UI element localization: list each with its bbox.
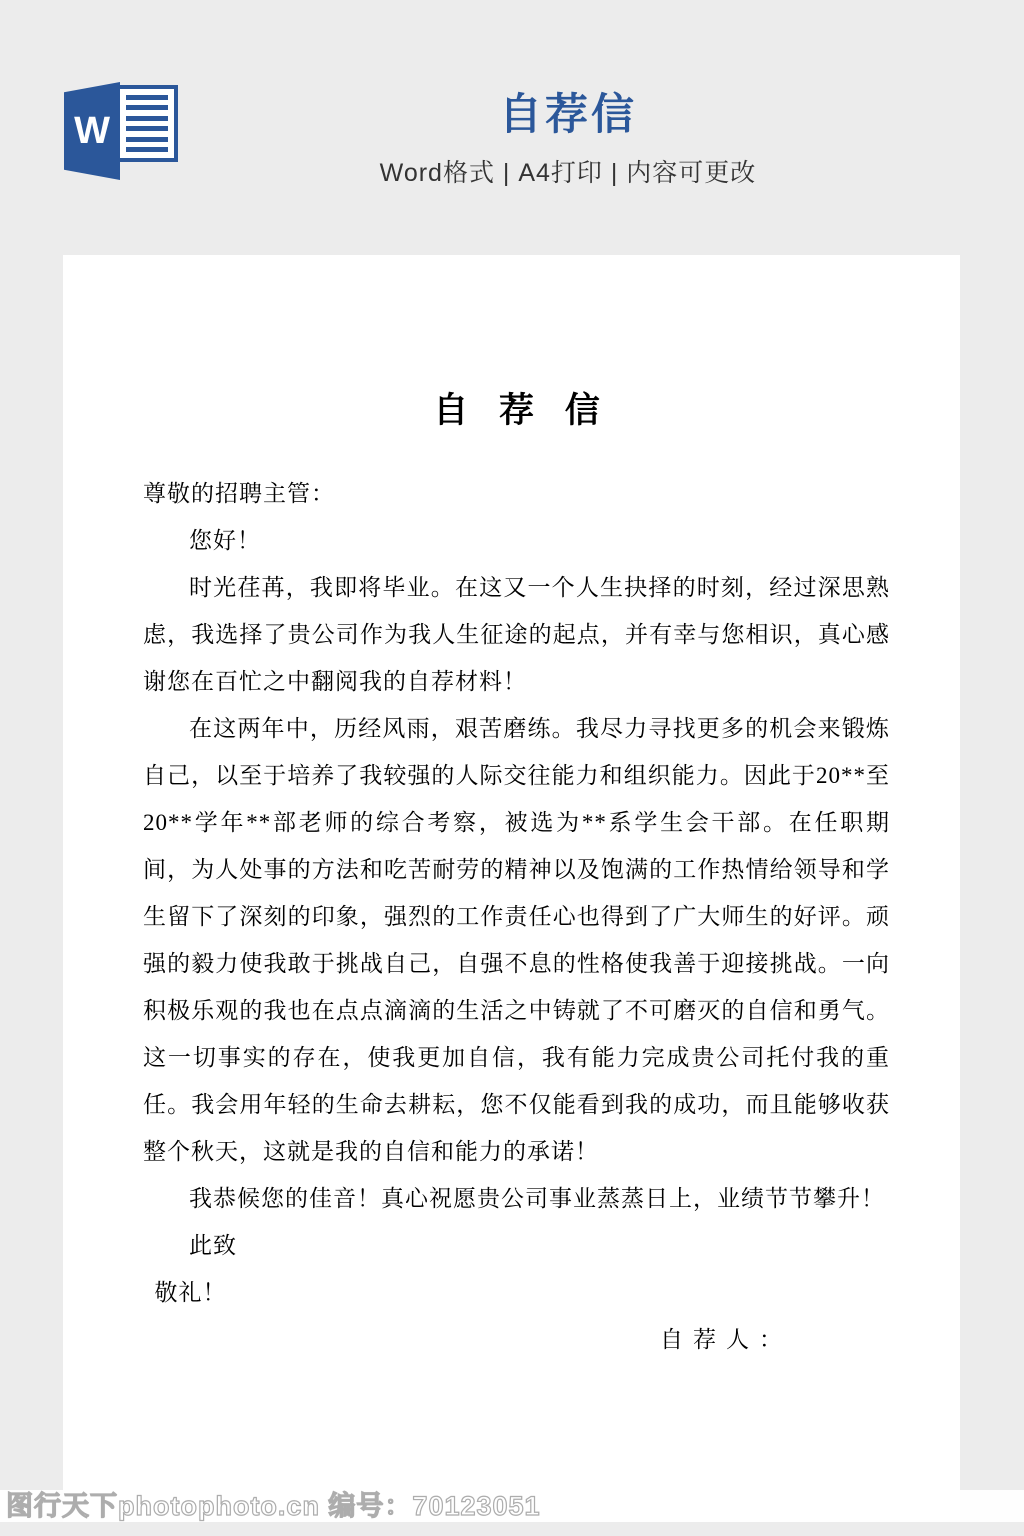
header-text: 自荐信 Word格式 | A4打印 | 内容可更改 bbox=[112, 92, 1024, 189]
letter-signature-label: 自荐人： bbox=[143, 1316, 890, 1363]
letter-paragraph-2: 在这两年中，历经风雨，艰苦磨练。我尽力寻找更多的机会来锻炼自己，以至于培养了我较… bbox=[143, 705, 890, 1175]
letter-body: 尊敬的招聘主管： 您好！ 时光荏苒，我即将毕业。在这又一个人生抉择的时刻，经过深… bbox=[143, 470, 890, 1363]
template-subtitle: Word格式 | A4打印 | 内容可更改 bbox=[112, 153, 1024, 189]
word-letter: W bbox=[74, 112, 110, 150]
letter-closing-cizhi: 此致 bbox=[143, 1222, 890, 1269]
template-preview: W 自荐信 Word格式 | A4打印 | 内容可更改 自 荐 信 尊敬的招聘主… bbox=[0, 0, 1024, 1536]
letter-paragraph-1: 时光荏苒，我即将毕业。在这又一个人生抉择的时刻，经过深思熟虑，我选择了贵公司作为… bbox=[143, 564, 890, 705]
letter-title: 自 荐 信 bbox=[143, 388, 890, 434]
header: W 自荐信 Word格式 | A4打印 | 内容可更改 bbox=[0, 0, 1024, 255]
watermark-text: 图行天下photophoto.cn 编号：70123051 bbox=[0, 1490, 541, 1522]
document-content: 自 荐 信 尊敬的招聘主管： 您好！ 时光荏苒，我即将毕业。在这又一个人生抉择的… bbox=[63, 255, 960, 1363]
letter-greeting: 您好！ bbox=[143, 517, 890, 564]
document-page: 自 荐 信 尊敬的招聘主管： 您好！ 时光荏苒，我即将毕业。在这又一个人生抉择的… bbox=[63, 255, 960, 1522]
letter-salutation: 尊敬的招聘主管： bbox=[143, 470, 890, 517]
watermark-bar: 图行天下photophoto.cn 编号：70123051 bbox=[0, 1490, 1024, 1522]
letter-paragraph-3: 我恭候您的佳音！真心祝愿贵公司事业蒸蒸日上，业绩节节攀升！ bbox=[143, 1175, 890, 1222]
template-title: 自荐信 bbox=[112, 92, 1024, 139]
letter-closing-jingli: 敬礼！ bbox=[143, 1269, 890, 1316]
